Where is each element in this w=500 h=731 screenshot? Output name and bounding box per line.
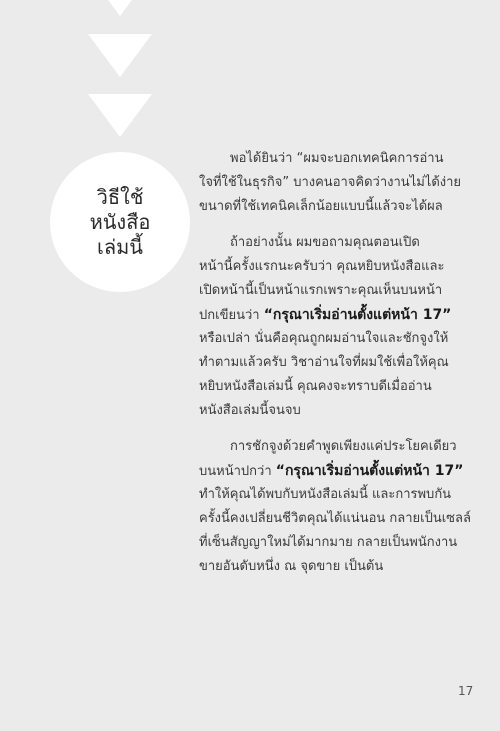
text-line: หน้านี้ครั้งแรกนะครับว่า คุณหยิบหนังสือแ… xyxy=(199,255,457,279)
text-line: เปิดหน้านี้เป็นหน้าแรกเพราะคุณเห็นบนหน้า xyxy=(199,279,457,303)
body-text: พอได้ยินว่า “ผมจะบอกเทคนิคการอ่าน ใจที่ใ… xyxy=(199,147,457,579)
down-triangle-icon xyxy=(88,94,152,137)
paragraph-3: การชักจูงด้วยคำพูดเพียงแค่ประโยคเดียว บน… xyxy=(199,435,457,579)
emphasized-quote: “กรุณาเริ่มอ่านตั้งแต่หน้า 17” xyxy=(264,307,452,323)
text-line: ครั้งนี้คงเปลี่ยนชีวิตคุณได้แน่นอน กลายเ… xyxy=(199,507,457,531)
text-line: ที่เซ็นสัญญาใหม่ได้มากมาย กลายเป็นพนักงา… xyxy=(199,531,457,555)
text-line: ทำตามแล้วครับ วิชาอ่านใจที่ผมใช้เพื่อให้… xyxy=(199,351,457,375)
text-line: พอได้ยินว่า “ผมจะบอกเทคนิคการอ่าน xyxy=(199,147,457,171)
text-line: บนหน้าปกว่า “กรุณาเริ่มอ่านตั้งแต่หน้า 1… xyxy=(199,459,457,483)
text-line: ปกเขียนว่า “กรุณาเริ่มอ่านตั้งแต่หน้า 17… xyxy=(199,303,457,327)
text-segment: บนหน้าปกว่า xyxy=(199,464,276,479)
text-line: หนังสือเล่มนี้จนจบ xyxy=(199,399,457,423)
heading-line: วิธีใช้ xyxy=(97,185,144,210)
heading-line: หนังสือ xyxy=(90,210,151,235)
text-line: ถ้าอย่างนั้น ผมขอถามคุณตอนเปิด xyxy=(199,231,457,255)
text-line: ขนาดที่ใช้เทคนิคเล็กน้อยแบบนี้แล้วจะได้ผ… xyxy=(199,195,457,219)
text-line: ทำให้คุณได้พบกับหนังสือเล่มนี้ และการพบก… xyxy=(199,483,457,507)
text-line: ขายอันดับหนึ่ง ณ จุดขาย เป็นต้น xyxy=(199,555,457,579)
text-line: หรือเปล่า นั่นคือคุณถูกผมอ่านใจและชักจูง… xyxy=(199,327,457,351)
heading-line: เล่มนี้ xyxy=(97,235,143,260)
text-line: หยิบหนังสือเล่มนี้ คุณคงจะทราบดีเมื่ออ่า… xyxy=(199,375,457,399)
text-segment: ปกเขียนว่า xyxy=(199,308,264,323)
down-triangle-icon xyxy=(88,0,152,16)
paragraph-1: พอได้ยินว่า “ผมจะบอกเทคนิคการอ่าน ใจที่ใ… xyxy=(199,147,457,219)
text-line: การชักจูงด้วยคำพูดเพียงแค่ประโยคเดียว xyxy=(199,435,457,459)
down-triangle-icon xyxy=(88,34,152,77)
heading-circle: วิธีใช้ หนังสือ เล่มนี้ xyxy=(50,152,190,292)
text-line: ใจที่ใช้ในธุรกิจ” บางคนอาจคิดว่างานไม่ได… xyxy=(199,171,457,195)
paragraph-2: ถ้าอย่างนั้น ผมขอถามคุณตอนเปิด หน้านี้คร… xyxy=(199,231,457,423)
page-number: 17 xyxy=(458,684,473,698)
emphasized-quote: “กรุณาเริ่มอ่านตั้งแต่หน้า 17” xyxy=(276,463,464,479)
